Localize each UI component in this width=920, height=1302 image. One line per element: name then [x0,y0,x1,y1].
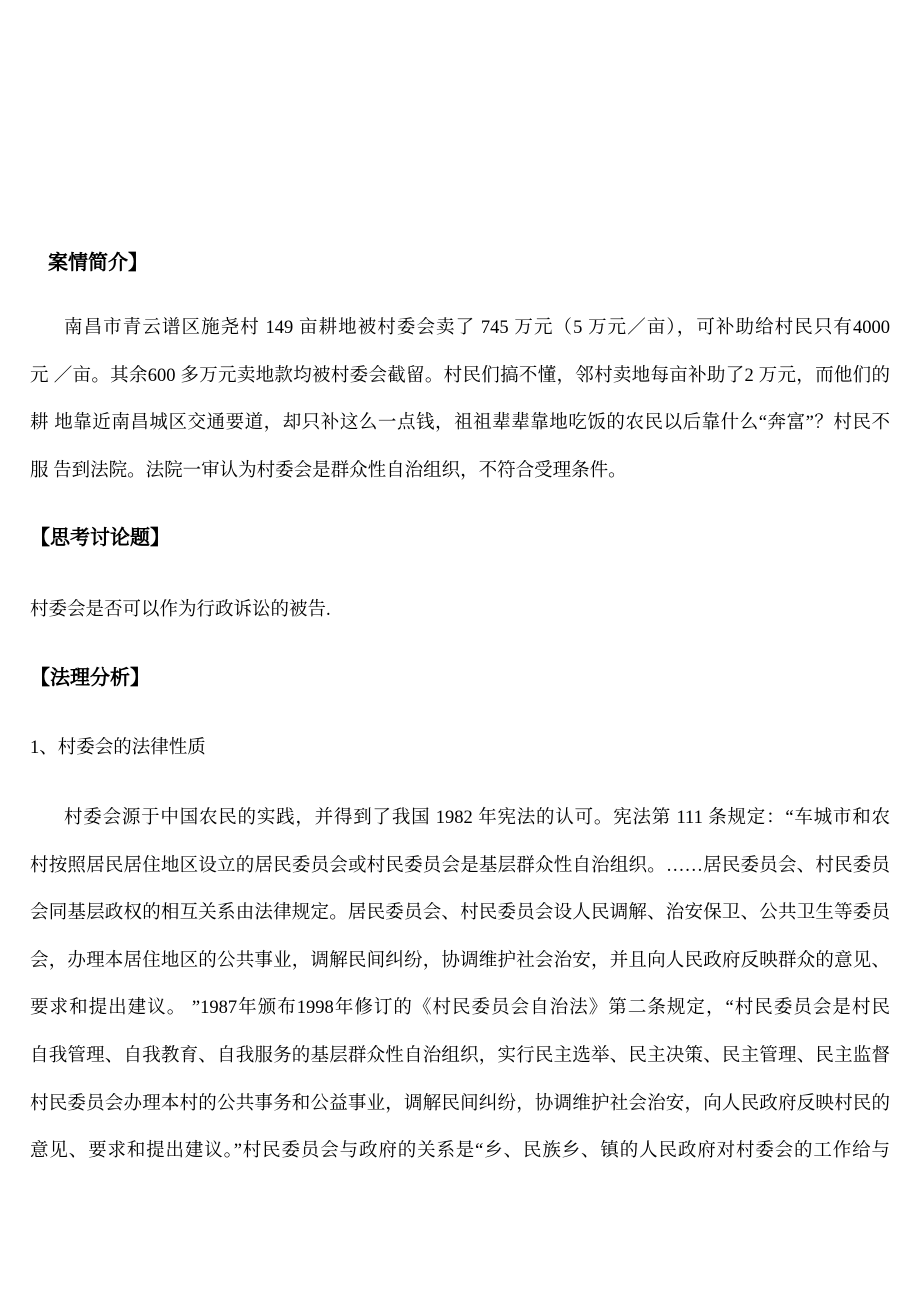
heading-legal-analysis: 【法理分析】 [30,655,890,703]
section-discussion: 【思考讨论题】 [30,515,890,563]
subsection-legal-nature: 1、村委会的法律性质 [30,725,890,773]
discussion-paragraph: 村委会是否可以作为行政诉讼的被告. [30,587,890,635]
text-line: 意见、要求和提出建议。”村民委员会与政府的关系是“乡、民族乡、镇的人民政府对村委… [30,1128,890,1176]
heading-discussion-question: 【思考讨论题】 [30,515,890,563]
text-line: 元 ／亩。其余600 多万元卖地款均被村委会截留。村民们搞不懂，邻村卖地每亩补助… [30,353,890,401]
text-line: 自我管理、自我教育、自我服务的基层群众性自治组织，实行民主选举、民主决策、民主管… [30,1033,890,1081]
text-line: 会同基层政权的相互关系由法律规定。居民委员会、村民委员会设人民调解、治安保卫、公… [30,890,890,938]
text-line: 要求和提出建议。 ”1987年颁布1998年修订的《村民委员会自治法》第二条规定… [30,985,890,1033]
text-line: 村委会源于中国农民的实践，并得到了我国 1982 年宪法的认可。宪法第 111 … [30,795,890,843]
subheading-legal-nature: 1、村委会的法律性质 [30,725,890,773]
heading-case-summary: 案情简介】 [30,240,890,288]
text-line: 耕 地靠近南昌城区交通要道，却只补这么一点钱，祖祖辈辈靠地吃饭的农民以后靠什么“… [30,400,890,448]
section-legal-analysis: 【法理分析】 [30,655,890,703]
text-line: 村按照居民居住地区设立的居民委员会或村民委员会是基层群众性自治组织。……居民委员… [30,843,890,891]
text-line: 会，办理本居住地区的公共事业，调解民间纠纷，协调维护社会治安，并且向人民政府反映… [30,938,890,986]
text-line: 村民委员会办理本村的公共事务和公益事业，调解民间纠纷，协调维护社会治安，向人民政… [30,1081,890,1129]
section-case-summary: 案情简介】 [30,240,890,288]
text-line: 村委会是否可以作为行政诉讼的被告. [30,587,890,635]
text-line: 南昌市青云谱区施尧村 149 亩耕地被村委会卖了 745 万元（5 万元／亩），… [30,305,890,353]
text-line: 服 告到法院。法院一审认为村委会是群众性自治组织，不符合受理条件。 [30,448,890,496]
case-paragraph: 南昌市青云谱区施尧村 149 亩耕地被村委会卖了 745 万元（5 万元／亩），… [30,305,890,495]
document-page: 案情简介】 南昌市青云谱区施尧村 149 亩耕地被村委会卖了 745 万元（5 … [0,0,920,1302]
analysis-paragraph: 村委会源于中国农民的实践，并得到了我国 1982 年宪法的认可。宪法第 111 … [30,795,890,1176]
